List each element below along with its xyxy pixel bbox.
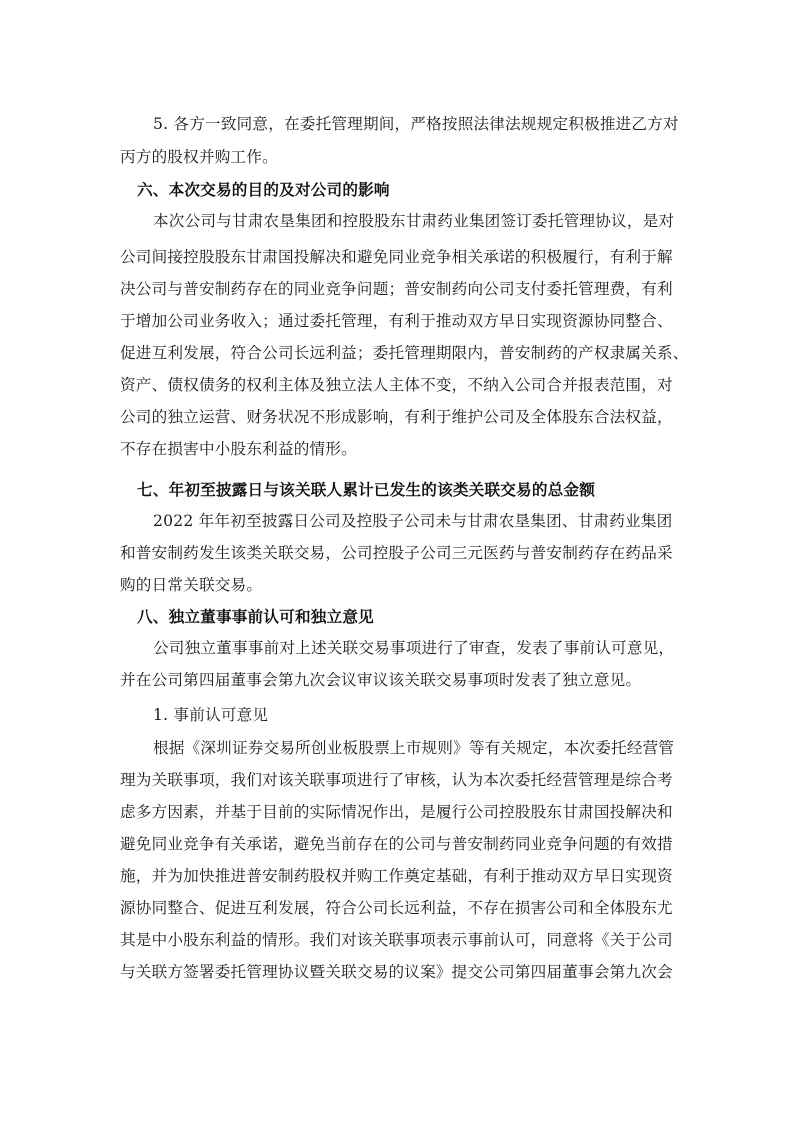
paragraph-line: 公司的独立运营、财务状况不形成影响，有利于维护公司及全体股东合法权益， (120, 405, 672, 429)
paragraph-line: 理为关联事项，我们对该关联事项进行了审核，认为本次委托经营管理是综合考 (120, 768, 672, 792)
paragraph-line: 促进互利发展，符合公司长远利益；委托管理期限内，普安制药的产权隶属关系、 (120, 341, 672, 365)
paragraph-line: 不存在损害中小股东利益的情形。 (120, 437, 680, 461)
section-heading-8: 八、独立董事事前认可和独立意见 (137, 605, 697, 629)
paragraph-line: 公司独立董事事前对上述关联交易事项进行了审查，发表了事前认可意见， (153, 636, 672, 660)
paragraph-line: 本次公司与甘肃农垦集团和控股股东甘肃药业集团签订委托管理协议，是对 (153, 209, 672, 233)
paragraph-line: 和普安制药发生该类关联交易，公司控股子公司三元医药与普安制药存在药品采 (120, 541, 672, 565)
paragraph-line: 避免同业竞争有关承诺，避免当前存在的公司与普安制药同业竞争问题的有效措 (120, 832, 672, 856)
paragraph-line: 决公司与普安制药存在的同业竞争问题；普安制药向公司支付委托管理费，有利 (120, 277, 672, 301)
subheading-prior-approval: 1. 事前认可意见 (153, 703, 713, 727)
paragraph-line: 5. 各方一致同意，在委托管理期间，严格按照法律法规规定积极推进乙方对 (153, 112, 672, 136)
section-heading-6: 六、本次交易的目的及对公司的影响 (137, 178, 697, 202)
paragraph-line: 资产、债权债务的权利主体及独立法人主体不变，不纳入公司合并报表范围，对 (120, 373, 672, 397)
paragraph-line: 丙方的股权并购工作。 (120, 145, 680, 169)
paragraph-line: 源协同整合、促进互利发展，符合公司长远利益，不存在损害公司和全体股东尤 (120, 896, 672, 920)
paragraph-line: 根据《深圳证券交易所创业板股票上市规则》等有关规定，本次委托经营管 (153, 736, 672, 760)
paragraph-line: 虑多方因素，并基于目前的实际情况作出，是履行公司控股股东甘肃国投解决和 (120, 800, 672, 824)
paragraph-line: 2022 年年初至披露日公司及控股子公司未与甘肃农垦集团、甘肃药业集团 (153, 509, 672, 533)
section-heading-7: 七、年初至披露日与该关联人累计已发生的该类关联交易的总金额 (137, 478, 697, 502)
paragraph-line: 公司间接控股股东甘肃国投解决和避免同业竞争相关承诺的积极履行，有利于解 (120, 245, 672, 269)
paragraph-line: 并在公司第四届董事会第九次会议审议该关联交易事项时发表了独立意见。 (120, 668, 680, 692)
paragraph-line: 与关联方签署委托管理协议暨关联交易的议案》提交公司第四届董事会第九次会 (120, 960, 672, 984)
paragraph-line: 施，并为加快推进普安制药股权并购工作奠定基础，有利于推动双方早日实现资 (120, 864, 672, 888)
document-page: 5. 各方一致同意，在委托管理期间，严格按照法律法规规定积极推进乙方对 丙方的股… (0, 0, 793, 1122)
paragraph-line: 其是中小股东利益的情形。我们对该关联事项表示事前认可，同意将《关于公司 (120, 928, 672, 952)
paragraph-line: 购的日常关联交易。 (120, 573, 680, 597)
paragraph-line: 于增加公司业务收入；通过委托管理，有利于推动双方早日实现资源协同整合、 (120, 309, 672, 333)
